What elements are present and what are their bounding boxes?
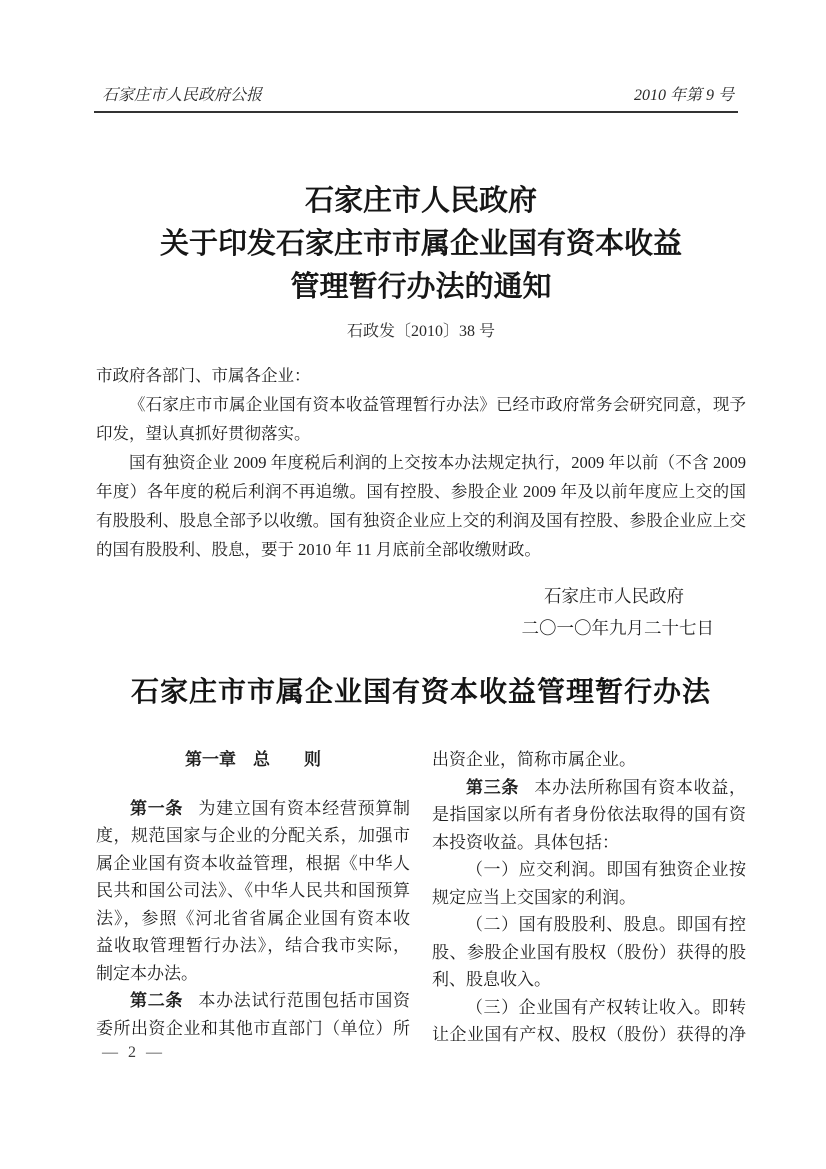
gazette-name: 石家庄市人民政府公报 xyxy=(102,86,262,105)
article-paragraph: 第三条本办法所称国有资本收益，是指国家以所有者身份依法取得的国有资本投资收益。具… xyxy=(432,774,746,857)
salutation: 市政府各部门、市属各企业： xyxy=(96,361,746,390)
notice-paragraph: 国有独资企业 2009 年度税后利润的上交按本办法规定执行，2009 年以前（不… xyxy=(96,448,746,564)
notice-body: 市政府各部门、市属各企业： 《石家庄市市属企业国有资本收益管理暂行办法》已经市政… xyxy=(96,361,746,564)
notice-title-line: 管理暂行办法的通知 xyxy=(96,266,746,309)
notice-title: 石家庄市人民政府 关于印发石家庄市市属企业国有资本收益 管理暂行办法的通知 xyxy=(96,180,746,309)
article-paragraph: （二）国有股股利、股息。即国有控股、参股企业国有股权（股份）获得的股利、股息收入… xyxy=(432,911,746,994)
page-header: 石家庄市人民政府公报 2010 年第 9 号 xyxy=(94,86,738,113)
signature-date: 二〇一〇年九月二十七日 xyxy=(96,612,746,644)
notice-paragraph: 《石家庄市市属企业国有资本收益管理暂行办法》已经市政府常务会研究同意，现予印发，… xyxy=(96,390,746,448)
gazette-page: 石家庄市人民政府公报 2010 年第 9 号 石家庄市人民政府 关于印发石家庄市… xyxy=(0,0,826,1169)
article-paragraph: （一）应交利润。即国有独资企业按规定应当上交国家的利润。 xyxy=(432,856,746,911)
notice-title-line: 关于印发石家庄市市属企业国有资本收益 xyxy=(96,223,746,266)
article-text: （一）应交利润。即国有独资企业按规定应当上交国家的利润。 xyxy=(432,860,746,907)
document-number: 石政发〔2010〕38 号 xyxy=(96,318,746,341)
article-text: （二）国有股股利、股息。即国有控股、参股企业国有股权（股份）获得的股利、股息收入… xyxy=(432,915,746,989)
article-text: 为建立国有资本经营预算制度，规范国家与企业的分配关系，加强市属企业国有资本收益管… xyxy=(96,799,410,983)
notice-title-line: 石家庄市人民政府 xyxy=(96,180,746,223)
regulation-title: 石家庄市市属企业国有资本收益管理暂行办法 xyxy=(96,670,746,710)
article-number-label: 第二条 xyxy=(130,991,183,1010)
signature-issuer: 石家庄市人民政府 xyxy=(96,580,746,612)
issue-number: 2010 年第 9 号 xyxy=(634,86,734,105)
article-paragraph: 第一条为建立国有资本经营预算制度，规范国家与企业的分配关系，加强市属企业国有资本… xyxy=(96,795,410,988)
article-number-label: 第三条 xyxy=(466,778,519,797)
regulation-body: 第一章 总 则 第一条为建立国有资本经营预算制度，规范国家与企业的分配关系，加强… xyxy=(96,746,746,1054)
page-number: — 2 — xyxy=(102,1044,165,1062)
signature-block: 石家庄市人民政府 二〇一〇年九月二十七日 xyxy=(96,580,746,644)
article-number-label: 第一条 xyxy=(130,799,183,818)
chapter-heading: 第一章 总 则 xyxy=(96,746,410,774)
